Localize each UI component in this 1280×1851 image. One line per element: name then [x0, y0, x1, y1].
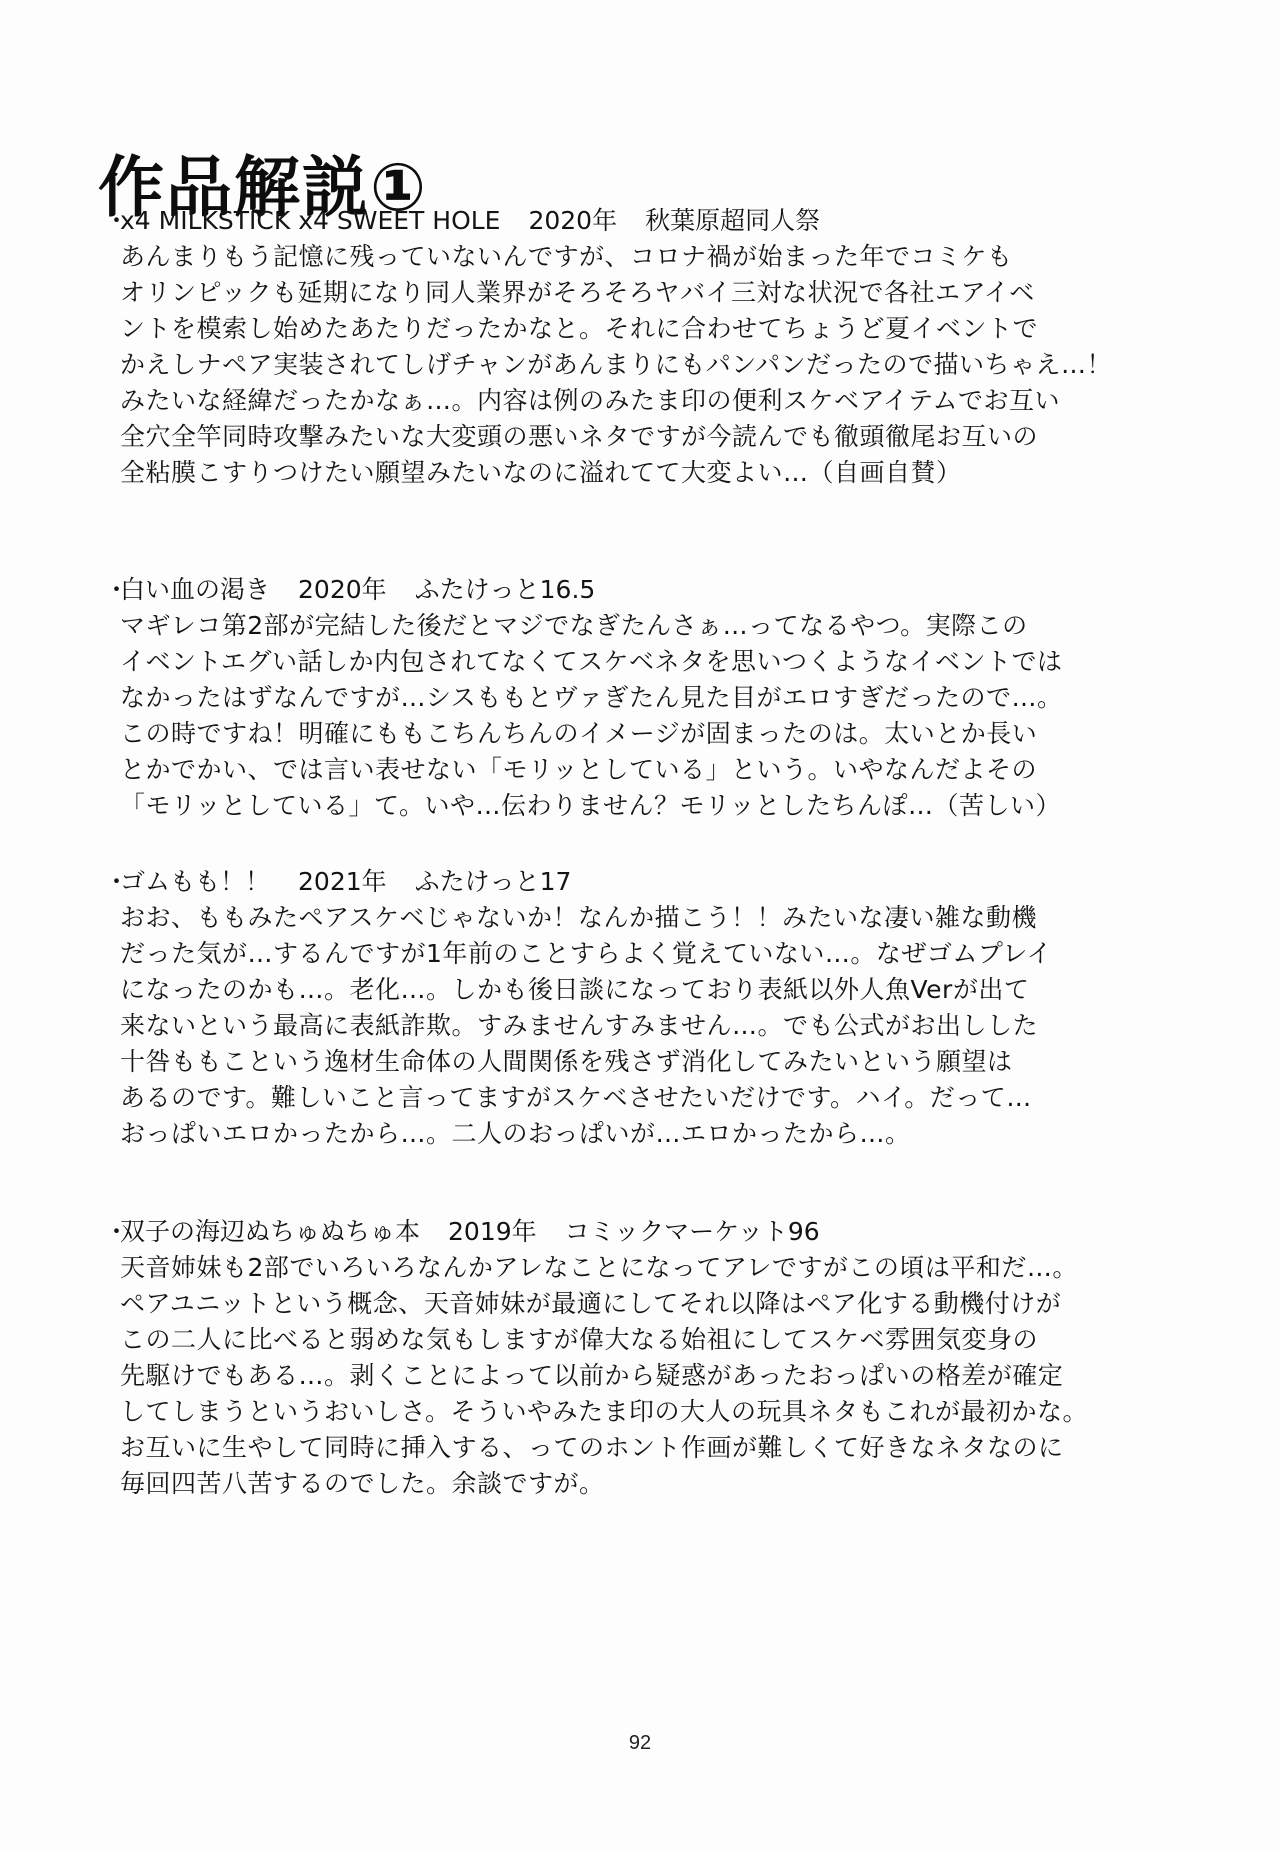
text-line: お互いに生やして同時に挿入する、ってのホント作画が難しくて好きなネタなのに [120, 1430, 1224, 1466]
work-heading: ・ x4 MILKSTICK x4 SWEET HOLE 2020年 秋葉原超同… [104, 203, 1224, 239]
work-event: コミックマーケット96 [565, 1214, 820, 1250]
text-line: 毎回四苦八苦するのでした。余談ですが。 [120, 1466, 1224, 1502]
text-line: マギレコ第2部が完結した後だとマジでなぎたんさぁ…ってなるやつ。実際この [120, 608, 1224, 644]
text-line: 「モリッとしている」て。いや…伝わりません？モリッとしたちんぽ…（苦しい） [120, 788, 1224, 824]
text-line: 全粘膜こすりつけたい願望みたいなのに溢れてて大変よい…（自画自賛） [120, 455, 1224, 491]
text-line: みたいな経緯だったかなぁ…。内容は例のみたま印の便利スケベアイテムでお互い [120, 383, 1224, 419]
bullet-icon: ・ [104, 203, 120, 239]
work-event: ふたけっと16.5 [415, 572, 596, 608]
work-title: ゴムもも！！ [120, 864, 270, 900]
text-line: 十咎ももこという逸材生命体の人間関係を残さず消化してみたいという願望は [120, 1044, 1224, 1080]
work-description: あんまりもう記憶に残っていないんですが、コロナ禍が始まった年でコミケも オリンピ… [120, 239, 1224, 491]
work-commentary-2: ・ 白い血の渇き 2020年 ふたけっと16.5 マギレコ第2部が完結した後だと… [104, 572, 1224, 824]
work-year: 2019年 [448, 1214, 537, 1250]
work-event: 秋葉原超同人祭 [645, 203, 820, 239]
work-description: 天音姉妹も2部でいろいろなんかアレなことになってアレですがこの頃は平和だ…。 ペ… [120, 1250, 1224, 1502]
work-commentary-3: ・ ゴムもも！！ 2021年 ふたけっと17 おお、ももみたペアスケベじゃないか… [104, 864, 1224, 1152]
document-page: 作品解説① ・ x4 MILKSTICK x4 SWEET HOLE 2020年… [0, 0, 1280, 1851]
text-line: 先駆けでもある…。剥くことによって以前から疑惑があったおっぱいの格差が確定 [120, 1358, 1224, 1394]
page-number: 92 [0, 1732, 1280, 1755]
work-year: 2020年 [298, 572, 387, 608]
text-line: 来ないという最高に表紙詐欺。すみませんすみません…。でも公式がお出しした [120, 1008, 1224, 1044]
work-event: ふたけっと17 [415, 864, 572, 900]
work-description: おお、ももみたペアスケベじゃないか！なんか描こう！！みたいな凄い雑な動機 だった… [120, 900, 1224, 1152]
text-line: ペアユニットという概念、天音姉妹が最適にしてそれ以降はペア化する動機付けが [120, 1286, 1224, 1322]
text-line: ントを模索し始めたあたりだったかなと。それに合わせてちょうど夏イベントで [120, 311, 1224, 347]
text-line: あるのです。難しいこと言ってますがスケベさせたいだけです。ハイ。だって… [120, 1080, 1224, 1116]
bullet-icon: ・ [104, 1214, 120, 1250]
text-line: 全穴全竿同時攻撃みたいな大変頭の悪いネタですが今読んでも徹頭徹尾お互いの [120, 419, 1224, 455]
work-heading: ・ 双子の海辺ぬちゅぬちゅ本 2019年 コミックマーケット96 [104, 1214, 1224, 1250]
text-line: この時ですね！明確にももこちんちんのイメージが固まったのは。太いとか長い [120, 716, 1224, 752]
text-line: かえしナペア実装されてしげチャンがあんまりにもパンパンだったので描いちゃえ…！ [120, 347, 1224, 383]
text-line: だった気が…するんですが1年前のことすらよく覚えていない…。なぜゴムプレイ [120, 936, 1224, 972]
bullet-icon: ・ [104, 572, 120, 608]
work-title: 白い血の渇き [120, 572, 270, 608]
work-title: 双子の海辺ぬちゅぬちゅ本 [120, 1214, 420, 1250]
work-description: マギレコ第2部が完結した後だとマジでなぎたんさぁ…ってなるやつ。実際この イベン… [120, 608, 1224, 824]
text-line: になったのかも…。老化…。しかも後日談になっており表紙以外人魚Verが出て [120, 972, 1224, 1008]
work-heading: ・ ゴムもも！！ 2021年 ふたけっと17 [104, 864, 1224, 900]
bullet-icon: ・ [104, 864, 120, 900]
text-line: 天音姉妹も2部でいろいろなんかアレなことになってアレですがこの頃は平和だ…。 [120, 1250, 1224, 1286]
text-line: おっぱいエロかったから…。二人のおっぱいが…エロかったから…。 [120, 1116, 1224, 1152]
work-commentary-1: ・ x4 MILKSTICK x4 SWEET HOLE 2020年 秋葉原超同… [104, 203, 1224, 491]
text-line: してしまうというおいしさ。そういやみたま印の大人の玩具ネタもこれが最初かな。 [120, 1394, 1224, 1430]
work-year: 2020年 [528, 203, 617, 239]
text-line: なかったはずなんですが…シスももとヴァぎたん見た目がエロすぎだったので…。 [120, 680, 1224, 716]
work-year: 2021年 [298, 864, 387, 900]
text-line: とかでかい、では言い表せない「モリッとしている」という。いやなんだよその [120, 752, 1224, 788]
text-line: あんまりもう記憶に残っていないんですが、コロナ禍が始まった年でコミケも [120, 239, 1224, 275]
text-line: この二人に比べると弱めな気もしますが偉大なる始祖にしてスケベ雰囲気変身の [120, 1322, 1224, 1358]
work-title: x4 MILKSTICK x4 SWEET HOLE [120, 203, 500, 239]
text-line: イベントエグい話しか内包されてなくてスケベネタを思いつくようなイベントでは [120, 644, 1224, 680]
text-line: おお、ももみたペアスケベじゃないか！なんか描こう！！みたいな凄い雑な動機 [120, 900, 1224, 936]
text-line: オリンピックも延期になり同人業界がそろそろヤバイ三対な状況で各社エアイベ [120, 275, 1224, 311]
work-heading: ・ 白い血の渇き 2020年 ふたけっと16.5 [104, 572, 1224, 608]
work-commentary-4: ・ 双子の海辺ぬちゅぬちゅ本 2019年 コミックマーケット96 天音姉妹も2部… [104, 1214, 1224, 1502]
